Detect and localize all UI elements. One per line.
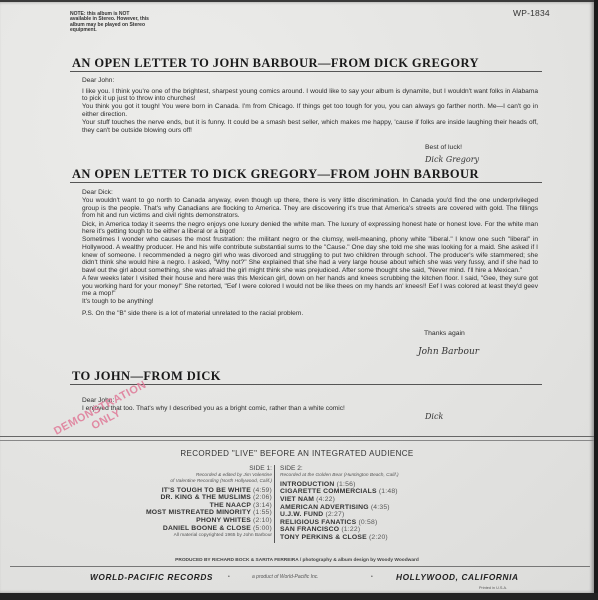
track-title: VIET NAM	[280, 496, 316, 503]
letter2-postscript: P.S. On the "B" side there is a lot of m…	[82, 310, 538, 318]
track-duration: (1:48)	[379, 488, 398, 495]
letter1-paragraph: Your stuff touches the nerve ends, but i…	[82, 119, 538, 134]
track-duration: (5:00)	[253, 525, 272, 532]
letter1-body: Dear John: I like you. I think you're on…	[82, 77, 538, 135]
letter2-salutation: Dear Dick:	[82, 189, 538, 197]
sleeve-bottom-edge	[0, 593, 598, 600]
track-row: RELIGIOUS FANATICS (0:58)	[280, 519, 480, 527]
track-row: DR. KING & THE MUSLIMS (2:06)	[72, 494, 272, 502]
letter2-signature: John Barbour	[418, 347, 479, 357]
album-back-cover: NOTE: this album is NOT available in Ste…	[0, 2, 594, 593]
side1-label: SIDE 1:	[72, 465, 272, 473]
sleeve-right-edge	[594, 0, 598, 600]
side2-label: SIDE 2:	[280, 465, 480, 473]
letter1-signature: Dick Gregory	[425, 155, 479, 164]
producer-credits: PRODUCED BY RICHARD BOCK & SARITA FERREI…	[0, 558, 594, 563]
letter2-closing: Thanks again	[424, 330, 465, 337]
track-duration: (2:27)	[325, 511, 344, 518]
track-duration: (2:06)	[253, 494, 272, 501]
letter3-text: I enjoyed that too. That's why I describ…	[82, 405, 538, 413]
side1-tracklist: SIDE 1: Recorded & edited by Jim Valenti…	[72, 465, 272, 539]
track-duration: (4:35)	[371, 504, 390, 511]
letter3-heading: TO JOHN—FROM DICK	[72, 369, 221, 384]
letter3-signature: Dick	[425, 412, 443, 421]
track-title: CIGARETTE COMMERCIALS	[280, 488, 379, 495]
track-row: INTRODUCTION (1:56)	[280, 481, 480, 489]
track-row: DANIEL BOONE & CLOSE (5:00)	[72, 525, 272, 533]
track-title: U.J.W. FUND	[280, 511, 325, 518]
track-title: MOST MISTREATED MINORITY	[146, 509, 253, 516]
track-row: PHONY WHITES (2:10)	[72, 517, 272, 525]
track-row: AMERICAN ADVERTISING (4:35)	[280, 504, 480, 512]
letter2-body: Dear Dick: You wouldn't want to go north…	[82, 189, 538, 318]
track-title: TONY PERKINS & CLOSE	[280, 534, 369, 541]
track-row: MOST MISTREATED MINORITY (1:55)	[72, 509, 272, 517]
side2-tracklist: SIDE 2: Recorded at the Golden Bear (Hun…	[280, 465, 480, 542]
side1-credit-2: of Valentine Recording (North Hollywood,…	[72, 479, 272, 485]
track-duration: (2:20)	[369, 534, 388, 541]
letter1-salutation: Dear John:	[82, 77, 538, 85]
track-title: AMERICAN ADVERTISING	[280, 504, 371, 511]
catalog-number: WP-1834	[513, 8, 550, 18]
letter2-paragraph: It's tough to be anything!	[82, 298, 538, 306]
track-title: PHONY WHITES	[196, 517, 253, 524]
letter1-closing: Best of luck!	[425, 144, 462, 151]
letter1-paragraph: I like you. I think you're one of the br…	[82, 88, 538, 103]
track-duration: (0:58)	[358, 519, 377, 526]
label-name: WORLD-PACIFIC RECORDS	[90, 572, 213, 582]
recording-title: RECORDED "LIVE" BEFORE AN INTEGRATED AUD…	[0, 449, 594, 458]
track-duration: (1:56)	[337, 481, 356, 488]
track-title: RELIGIOUS FANATICS	[280, 519, 358, 526]
track-row: TONY PERKINS & CLOSE (2:20)	[280, 534, 480, 542]
side2-credit: Recorded at the Golden Bear (Huntington …	[280, 473, 480, 479]
printed-in: Printed in U.S.A.	[479, 586, 507, 590]
track-duration: (2:10)	[253, 517, 272, 524]
track-title: INTRODUCTION	[280, 481, 337, 488]
letter2-rule	[70, 182, 542, 183]
track-row: SAN FRANCISCO (1:22)	[280, 526, 480, 534]
track-row: IT'S TOUGH TO BE WHITE (4:59)	[72, 487, 272, 495]
location: HOLLYWOOD, CALIFORNIA	[396, 572, 519, 582]
track-title: SAN FRANCISCO	[280, 526, 341, 533]
side1-copyright: All material copyrighted 1965 by John Ba…	[72, 532, 272, 539]
footer-bullet-1: •	[228, 574, 230, 580]
letter2-paragraph: Dick, in America today it seems the negr…	[82, 221, 538, 236]
letter1-rule	[70, 71, 542, 72]
track-duration: (1:22)	[341, 526, 360, 533]
letter1-paragraph: You think you got it tough! You were bor…	[82, 103, 538, 118]
footer-bullet-2: •	[371, 574, 373, 580]
letter2-paragraph: You wouldn't want to go north to Canada …	[82, 197, 538, 220]
track-title: IT'S TOUGH TO BE WHITE	[162, 487, 253, 494]
track-duration: (3:14)	[253, 502, 272, 509]
letter2-paragraph: Sometimes I wonder who causes the most f…	[82, 236, 538, 274]
track-duration: (4:22)	[316, 496, 335, 503]
sides-separator	[274, 465, 275, 543]
track-duration: (1:55)	[253, 509, 272, 516]
product-of: a product of World-Pacific Inc.	[252, 574, 319, 580]
stereo-note: NOTE: this album is NOT available in Ste…	[70, 12, 150, 34]
track-row: CIGARETTE COMMERCIALS (1:48)	[280, 488, 480, 496]
letter1-heading: AN OPEN LETTER TO JOHN BARBOUR—FROM DICK…	[72, 56, 479, 71]
footer-rule	[10, 566, 590, 567]
letter2-heading: AN OPEN LETTER TO DICK GREGORY—FROM JOHN…	[72, 167, 479, 182]
track-row: THE NAACP (3:14)	[72, 502, 272, 510]
letter2-paragraph: A few weeks later I visited their house …	[82, 275, 538, 298]
track-row: VIET NAM (4:22)	[280, 496, 480, 504]
track-title: THE NAACP	[210, 502, 253, 509]
track-duration: (4:59)	[253, 487, 272, 494]
track-row: U.J.W. FUND (2:27)	[280, 511, 480, 519]
track-title: DR. KING & THE MUSLIMS	[160, 494, 253, 501]
section-divider	[0, 436, 594, 441]
track-title: DANIEL BOONE & CLOSE	[163, 525, 253, 532]
